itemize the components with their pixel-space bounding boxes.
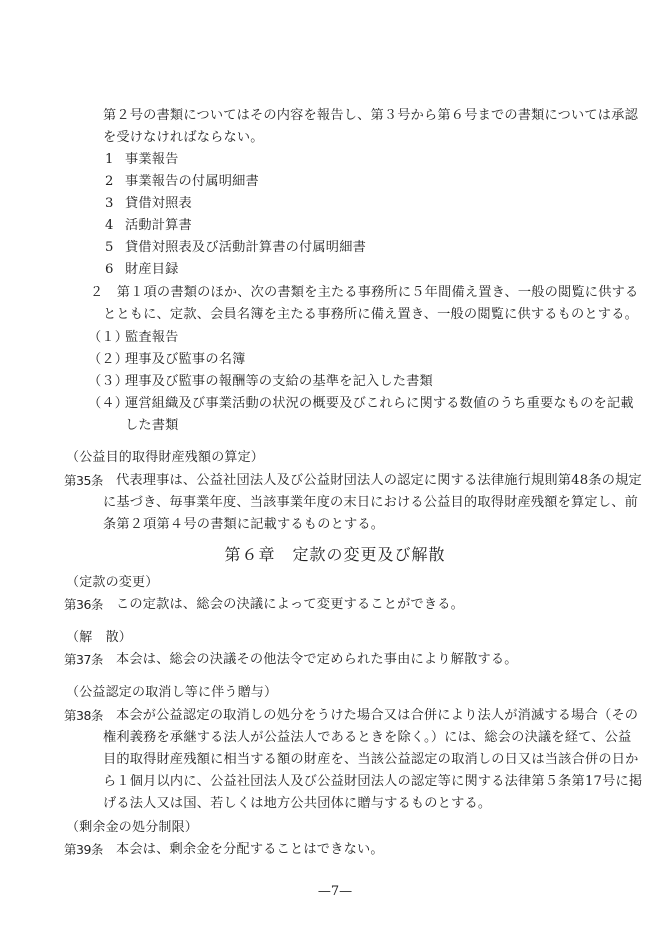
article-39-line: 本会は、剰余金を分配することはできない。 bbox=[116, 841, 384, 859]
article-38-line: ら１個月以内に、公益社団法人及び公益財団法人の認定等に関する法律第５条第17号に… bbox=[103, 773, 642, 791]
article-35-label: 第35条 bbox=[64, 472, 103, 490]
chapter-title: 第６章 定款の変更及び解散 bbox=[0, 542, 670, 565]
article-36-line: この定款は、総会の決議によって変更することができる。 bbox=[116, 596, 464, 614]
list-item-number: 5 bbox=[105, 239, 114, 257]
paragraph-2-line: とともに、定款、会員名簿を主たる事務所に備え置き、一般の閲覧に供するものとする。 bbox=[103, 306, 638, 324]
article-39-label: 第39条 bbox=[64, 841, 103, 859]
article-38-line: げる法人又は国、若しくは地方公共団体に贈与するものとする。 bbox=[103, 795, 491, 813]
list-item-text: 事業報告の付属明細書 bbox=[125, 173, 259, 191]
paren-item-text: 監査報告 bbox=[125, 329, 179, 347]
article-35-line: 条第２項第４号の書類に記載するものとする。 bbox=[103, 516, 384, 534]
article-38-label: 第38条 bbox=[64, 707, 103, 725]
list-item-number: 6 bbox=[105, 261, 114, 279]
list-item-number: 1 bbox=[105, 151, 114, 169]
article-38-heading: （公益認定の取消し等に伴う贈与） bbox=[66, 684, 277, 702]
paren-item-text: 運営組織及び事業活動の状況の概要及びこれらに関する数値のうち重要なものを記載 bbox=[125, 395, 634, 413]
list-item-number: 3 bbox=[105, 195, 114, 213]
list-item-number: 4 bbox=[105, 217, 114, 235]
paren-item-number: （３） bbox=[88, 373, 128, 391]
list-item-text: 財産目録 bbox=[125, 261, 179, 279]
list-item-text: 活動計算書 bbox=[125, 217, 192, 235]
list-item-text: 貸借対照表及び活動計算書の付属明細書 bbox=[125, 239, 366, 257]
article-37-line: 本会は、総会の決議その他法令で定められた事由により解散する。 bbox=[116, 651, 518, 669]
intro-line: 第２号の書類についてはその内容を報告し、第３号から第６号までの書類については承認 bbox=[103, 107, 638, 125]
list-item-text: 事業報告 bbox=[125, 151, 179, 169]
list-item-text: 貸借対照表 bbox=[125, 195, 192, 213]
article-39-heading: （剰余金の処分制限） bbox=[66, 819, 198, 837]
article-35-heading: （公益目的取得財産残額の算定） bbox=[66, 449, 264, 467]
paren-item-number: （４） bbox=[88, 395, 128, 413]
intro-line: を受けなければならない。 bbox=[103, 129, 264, 147]
list-item-number: 2 bbox=[105, 173, 114, 191]
article-36-label: 第36条 bbox=[64, 596, 103, 614]
paren-item-text: 理事及び監事の名簿 bbox=[125, 351, 246, 369]
paren-item-continuation: した書類 bbox=[125, 417, 179, 435]
article-35-line: に基づき、毎事業年度、当該事業年度の末日における公益目的取得財産残額を算定し、前 bbox=[103, 494, 638, 512]
article-37-label: 第37条 bbox=[64, 651, 103, 669]
article-38-line: 本会が公益認定の取消しの処分をうけた場合又は合併により法人が消滅する場合（その bbox=[116, 707, 638, 725]
article-38-line: 目的取得財産残額に相当する額の財産を、当該公益認定の取消しの日又は当該合併の日か bbox=[103, 751, 639, 769]
article-38-line: 権利義務を承継する法人が公益法人であるときを除く。）には、総会の決議を経て、公益 bbox=[103, 729, 631, 747]
article-35-line: 代表理事は、公益社団法人及び公益財団法人の認定に関する法律施行規則第48条の規定 bbox=[116, 472, 642, 490]
page-number: —7— bbox=[0, 884, 670, 899]
article-37-heading: （解 散） bbox=[66, 629, 132, 647]
paragraph-2-line: ２ 第１項の書類のほか、次の書類を主たる事務所に５年間備え置き、一般の閲覧に供す… bbox=[90, 284, 638, 302]
article-36-heading: （定款の変更） bbox=[66, 574, 158, 592]
paren-item-text: 理事及び監事の報酬等の支給の基準を記入した書類 bbox=[125, 373, 433, 391]
paren-item-number: （２） bbox=[88, 351, 128, 369]
paren-item-number: （１） bbox=[88, 329, 128, 347]
